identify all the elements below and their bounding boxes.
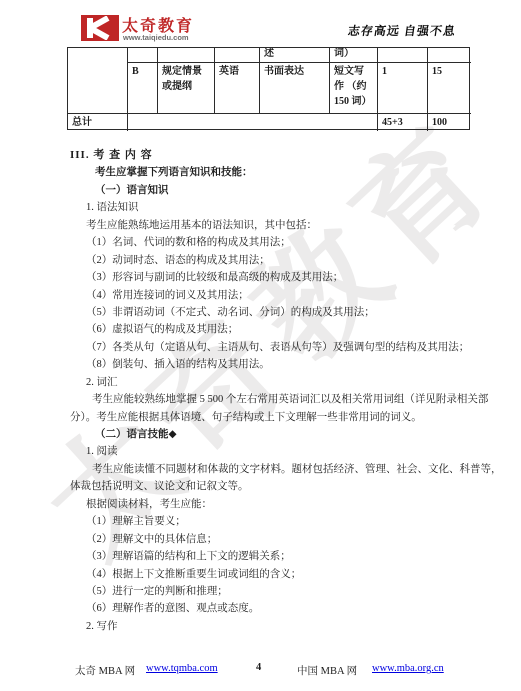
reading-paragraph-line: 考生应能读懂不同题材和体裁的文字材料。题材包括经济、管理、社会、文化、科普等， [92,461,521,478]
reading-item: （3）理解语篇的结构和上下文的逻辑关系； [86,548,521,565]
grammar-item: （4）常用连接词的词义及其用法； [86,287,521,304]
table-cell [157,48,214,62]
table-cell-task: 书面表达 [259,62,329,113]
grammar-item: （7）各类从句（定语从句、主语从句、表语从句等）及强调句型的结构及其用法； [86,339,521,356]
reading-intro: 根据阅读材料，考生应能： [86,496,521,513]
table-cell-total-score: 100 [427,113,471,131]
table-cell-score: 15 [427,62,471,113]
main-content: III. 考 查 内 容 考生应掌握下列语言知识和技能： （一）语言知识 1. … [70,147,521,635]
table-cell [214,48,259,62]
footer-site1-label: 太奇 MBA 网 [75,663,135,678]
section-intro: 考生应掌握下列语言知识和技能： [95,164,521,181]
grammar-heading: 1. 语法知识 [86,199,521,216]
reading-item: （1）理解主旨要义； [86,513,521,530]
footer-site2-link[interactable]: www.mba.org.cn [372,663,444,674]
score-table: 述 词） B 规定情景或提纲 英语 书面表达 短文写作 （约 150 词） 1 … [67,47,470,130]
table-cell-total-label: 总计 [68,113,127,131]
vocab-heading: 2. 词汇 [86,374,521,391]
table-cell: 述 [259,48,329,62]
table-cell [127,48,157,62]
grammar-item: （8）倒装句、插入语的结构及其用法。 [86,356,521,373]
footer-site2-label: 中国 MBA 网 [297,663,357,678]
reading-paragraph-line: 体裁包括说明文、议论文和记叙文等。 [70,478,521,495]
grammar-intro: 考生应能熟练地运用基本的语法知识，其中包括： [86,217,521,234]
reading-item: （4）根据上下文推断重要生词或词组的含义； [86,566,521,583]
writing-heading: 2. 写作 [86,618,521,635]
reading-item: （5）进行一定的判断和推理； [86,583,521,600]
vocab-paragraph-line: 考生应能较熟练地掌握 5 500 个左右常用英语词汇以及相关常用词组（详见附录相… [92,391,521,408]
subsection-2-title: （二）语言技能◆ [95,426,521,443]
table-cell-type: 短文写作 （约 150 词） [329,62,377,113]
footer-site1-link[interactable]: www.tqmba.com [146,663,218,674]
slogan-text: 志存高远 自强不息 [347,22,469,39]
subsection-1-title: （一）语言知识 [95,182,521,199]
grammar-item: （2）动词时态、语态的构成及其用法； [86,252,521,269]
grammar-item: （3）形容词与副词的比较级和最高级的构成及其用法； [86,269,521,286]
taiqi-logo-icon [81,15,119,46]
table-cell-content: 规定情景或提纲 [157,62,214,113]
table-cell-total-count: 45+3 [377,113,427,131]
brand-url: www.taiqiedu.com [123,33,189,42]
table-cell [127,113,377,131]
table-cell [427,48,471,62]
grammar-item: （5）非谓语动词（不定式、动名词、分词）的构成及其用法； [86,304,521,321]
section-title: III. 考 查 内 容 [70,147,521,164]
reading-item: （6）理解作者的意图、观点或态度。 [86,600,521,617]
table-cell-language: 英语 [214,62,259,113]
table-cell [68,48,127,113]
table-cell-section: B [127,62,157,113]
reading-heading: 1. 阅读 [86,443,521,460]
table-cell [377,48,427,62]
grammar-item: （1）名词、代词的数和格的构成及其用法； [86,234,521,251]
reading-item: （2）理解文中的具体信息； [86,531,521,548]
page-number: 4 [256,662,261,673]
grammar-item: （6）虚拟语气的构成及其用法； [86,321,521,338]
table-cell-count: 1 [377,62,427,113]
table-cell: 词） [329,48,377,62]
document-page: 太奇教育 太奇教育 www.taiqiedu.com 志存高远 自强不息 述 词… [0,0,521,691]
vocab-paragraph-line: 分）。考生应能根据具体语境、句子结构或上下文理解一些非常用词的词义。 [70,409,521,426]
